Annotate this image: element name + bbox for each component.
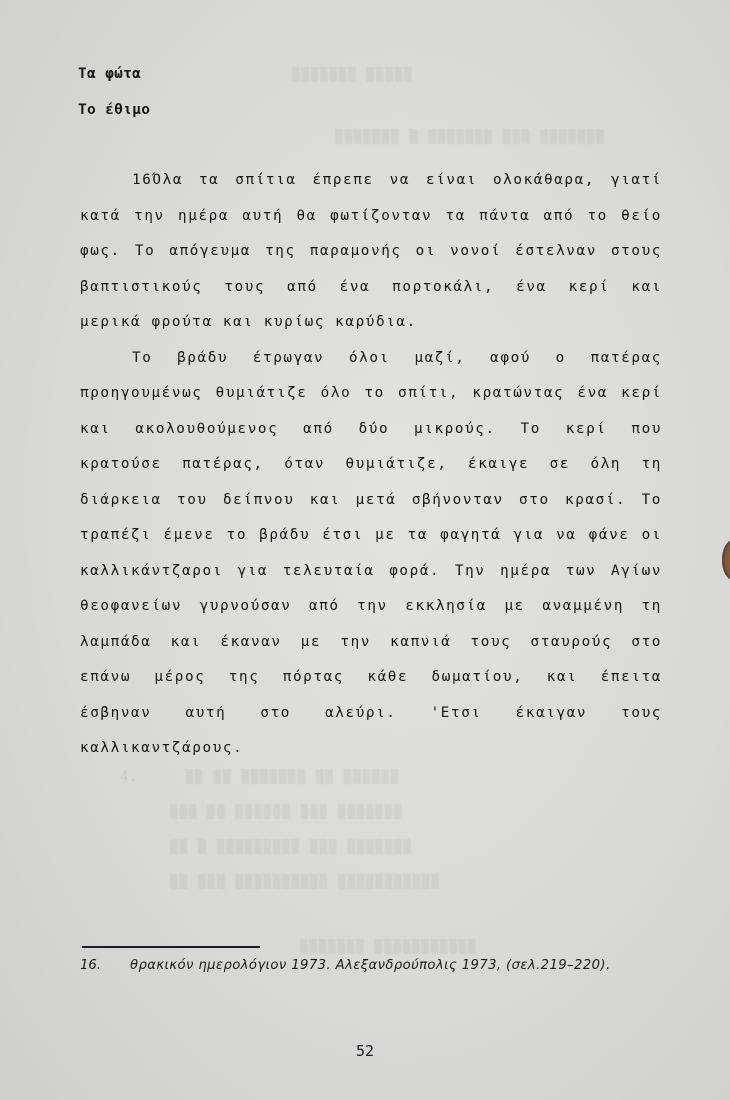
- body-line: και ακολουθούμενος από δύο μικρούς. Το κ…: [80, 419, 662, 439]
- body-line: λαμπάδα και έκαναν με την καπνιά τους στ…: [80, 632, 662, 652]
- page-number: 52: [0, 1042, 730, 1060]
- body-line: Το βράδυ έτρωγαν όλοι μαζί, αφού ο πατέρ…: [132, 348, 662, 368]
- bleed-through-text: 4. ▒▒ ▒▒ ▒▒▒▒▒▒▒ ▒▒ ▒▒▒▒▒▒: [120, 770, 400, 785]
- section-heading: Τα φώτα: [78, 66, 141, 82]
- scanned-page: ▒▒▒▒▒▒▒ ▒▒▒▒▒ ▒▒▒▒▒▒▒ ▒ ▒▒▒▒▒▒▒ ▒▒▒ ▒▒▒▒…: [0, 0, 730, 1100]
- bleed-through-text: ▒▒▒ ▒▒ ▒▒▒▒▒▒ ▒▒▒ ▒▒▒▒▒▒▒: [170, 805, 403, 820]
- body-line: καλλικάντζαροι για τελευταία φορά. Την η…: [80, 561, 662, 581]
- footnote-divider: [82, 946, 260, 948]
- footnote-number: 16.: [80, 957, 101, 974]
- body-line: επάνω μέρος της πόρτας κάθε δωματίου, κα…: [80, 667, 662, 687]
- body-line: μερικά φρούτα και κυρίως καρύδια.: [80, 312, 417, 332]
- body-line: προηγουμένως θυμιάτιζε όλο το σπίτι, κρα…: [80, 383, 662, 403]
- bleed-through-text: ▒▒▒▒▒▒▒ ▒▒▒▒▒: [292, 68, 413, 83]
- body-line: καλλικαντζάρους.: [80, 738, 243, 758]
- body-line: κατά την ημέρα αυτή θα φωτίζονταν τα πάν…: [80, 206, 662, 226]
- body-line: έσβηναν αυτή στο αλεύρι. 'Ετσι έκαιγαν τ…: [80, 703, 662, 723]
- binder-hole: [722, 540, 730, 580]
- bleed-through-text: ▒▒ ▒▒▒ ▒▒▒▒▒▒▒▒▒▒ ▒▒▒▒▒▒▒▒▒▒▒: [170, 875, 440, 890]
- bleed-through-text: ▒▒▒▒▒▒▒ ▒ ▒▒▒▒▒▒▒ ▒▒▒ ▒▒▒▒▒▒▒: [335, 130, 605, 145]
- footnote-text: θρακικόν ημερολόγιον 1973. Αλεξανδρούπολ…: [130, 957, 670, 974]
- body-line: φως. Το απόγευμα της παραμονής οι νονοί …: [80, 241, 662, 261]
- body-line: διάρκεια του δείπνου και μετά σβήνονταν …: [80, 490, 662, 510]
- body-line: τραπέζι έμενε το βράδυ έτσι με τα φαγητά…: [80, 525, 662, 545]
- subsection-heading: Το έθιμο: [78, 102, 150, 118]
- body-line: βαπτιστικούς τους από ένα πορτοκάλι, ένα…: [80, 277, 662, 297]
- bleed-through-text: ▒▒▒▒▒▒▒ ▒▒▒▒▒▒▒▒▒▒▒: [300, 940, 477, 955]
- body-line: θεοφανείων γυρνούσαν από την εκκλησία με…: [80, 596, 662, 616]
- body-line: κρατούσε πατέρας, όταν θυμιάτιζε, έκαιγε…: [80, 454, 662, 474]
- body-line: 16Όλα τα σπίτια έπρεπε να είναι ολοκάθαρ…: [132, 170, 662, 190]
- bleed-through-text: ▒▒ ▒ ▒▒▒▒▒▒▒▒▒ ▒▒▒ ▒▒▒▒▒▒▒: [170, 840, 413, 855]
